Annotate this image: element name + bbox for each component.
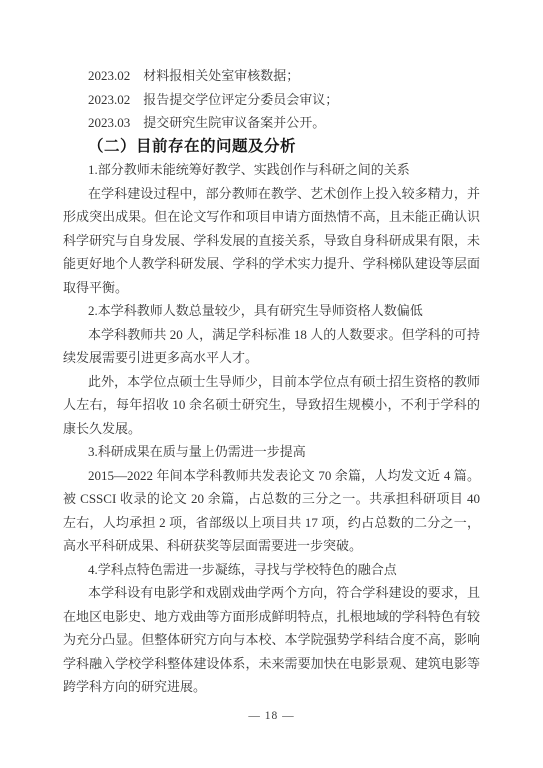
paragraph-line: 在学科建设过程中，部分教师在教学、艺术创作上投入较多精力，并	[63, 182, 480, 206]
section-heading: （二）目前存在的问题及分析	[63, 135, 480, 159]
paragraph-line: 2015—2022 年间本学科教师共发表论文 70 余篇，人均发文近 4 篇。但	[63, 464, 480, 488]
paragraph-line: 左右，人均承担 2 项，省部级以上项目共 17 项，约占总数的二分之一，在	[63, 511, 480, 535]
paragraph-line: 为充分凸显。但整体研究方向与本校、本学院强势学科结合度不高，影响	[63, 628, 480, 652]
document-page: 2023.02 材料报相关处室审核数据； 2023.02 报告提交学位评定分委员…	[0, 0, 543, 768]
subsection-title: 4.学科点特色需进一步凝练，寻找与学校特色的融合点	[63, 558, 480, 582]
paragraph-line: 本学科设有电影学和戏剧戏曲学两个方向，符合学科建设的要求，且	[63, 581, 480, 605]
paragraph-line: 取得平衡。	[63, 276, 480, 300]
paragraph-line: 学科融入学校学科整体建设体系，未来需要加快在电影景观、建筑电影等	[63, 652, 480, 676]
timeline-entry: 2023.03 提交研究生院审议备案并公开。	[63, 111, 480, 135]
paragraph-line: 康长久发展。	[63, 417, 480, 441]
paragraph-line: 在地区电影史、地方戏曲等方面形成鲜明特点，扎根地域的学科特色有较	[63, 605, 480, 629]
subsection-title: 1.部分教师未能统筹好教学、实践创作与科研之间的关系	[63, 158, 480, 182]
paragraph-line: 被 CSSCI 收录的论文 20 余篇，占总数的三分之一。共承担科研项目 40 …	[63, 487, 480, 511]
page-number: — 18 —	[63, 705, 480, 728]
paragraph-line: 科学研究与自身发展、学科发展的直接关系，导致自身科研成果有限，未	[63, 229, 480, 253]
paragraph-line: 形成突出成果。但在论文写作和项目申请方面热情不高，且未能正确认识	[63, 205, 480, 229]
paragraph-line: 高水平科研成果、科研获奖等层面需要进一步突破。	[63, 534, 480, 558]
paragraph-line: 本学科教师共 20 人，满足学科标准 18 人的人数要求。但学科的可持	[63, 323, 480, 347]
subsection-title: 3.科研成果在质与量上仍需进一步提高	[63, 440, 480, 464]
paragraph-line: 续发展需要引进更多高水平人才。	[63, 346, 480, 370]
timeline-entry: 2023.02 报告提交学位评定分委员会审议；	[63, 88, 480, 112]
timeline-entry: 2023.02 材料报相关处室审核数据；	[63, 64, 480, 88]
paragraph-line: 能更好地个人教学科研发展、学科的学术实力提升、学科梯队建设等层面	[63, 252, 480, 276]
paragraph-line: 此外，本学位点硕士生导师少，目前本学位点有硕士招生资格的教师 5	[63, 370, 480, 394]
text-block: 2023.02 材料报相关处室审核数据； 2023.02 报告提交学位评定分委员…	[63, 64, 480, 728]
paragraph-line: 跨学科方向的研究进展。	[63, 675, 480, 699]
subsection-title: 2.本学科教师人数总量较少，具有研究生导师资格人数偏低	[63, 299, 480, 323]
paragraph-line: 人左右，每年招收 10 余名硕士研究生，导致招生规模小，不利于学科的健	[63, 393, 480, 417]
